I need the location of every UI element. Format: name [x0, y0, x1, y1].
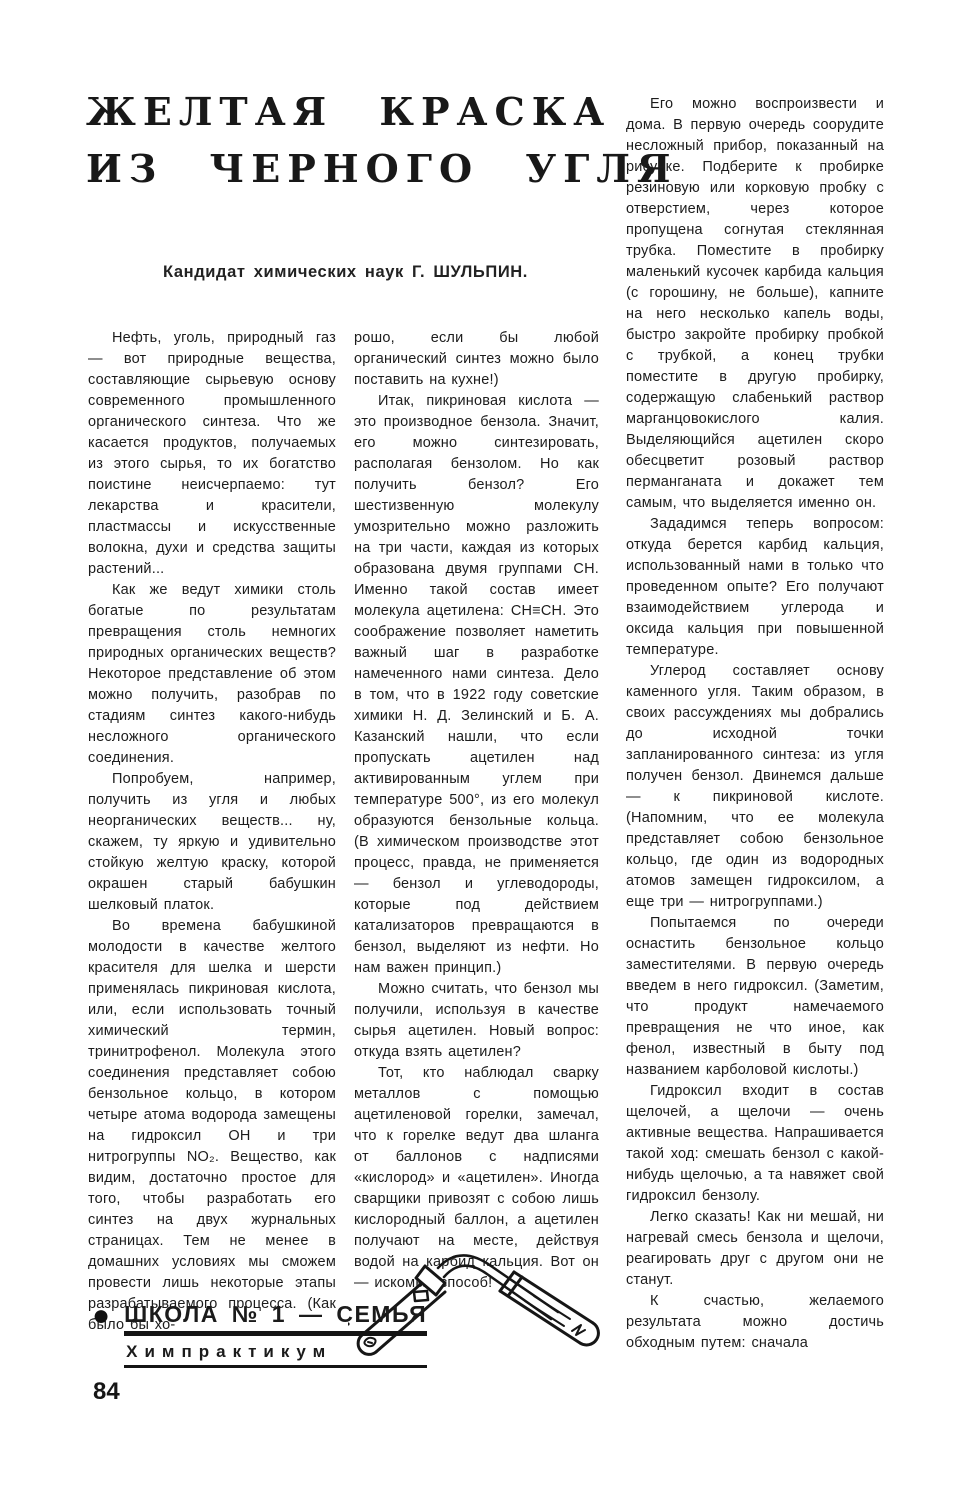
paragraph: Попытаемся по очереди оснастить бензольн… [626, 913, 884, 1081]
paragraph: Нефть, уголь, природный газ — вот природ… [88, 328, 336, 580]
paragraph: Как же ведут химики столь богатые по рез… [88, 580, 336, 769]
paragraph: Попробуем, например, получить из угля и … [88, 769, 336, 916]
article-title: ЖЕЛТАЯ КРАСКА ИЗ ЧЕРНОГО УГЛЯ [86, 84, 606, 197]
paragraph: Его можно воспроизвести и дома. В первую… [626, 94, 884, 514]
rubric-section-title: ШКОЛА № 1 — СЕМЬЯ [124, 1302, 427, 1336]
paragraph: Гидроксил входит в состав щелочей, а щел… [626, 1081, 884, 1207]
text-column-3: Его можно воспроизвести и дома. В первую… [626, 94, 884, 1354]
rubric-subsection-title: Химпрактикум [124, 1336, 427, 1368]
paragraph: Легко сказать! Как ни мешай, ни нагревай… [626, 1207, 884, 1291]
section-rubric: ● ШКОЛА № 1 — СЕМЬЯ Химпрактикум [92, 1302, 427, 1368]
text-column-2: рошо, если бы любой органический синтез … [354, 328, 599, 1294]
paragraph: Зададимся теперь вопросом: откуда беретс… [626, 514, 884, 661]
paragraph: рошо, если бы любой органический синтез … [354, 328, 599, 391]
byline: Кандидат химических наук Г. ШУЛЬПИН. [88, 263, 603, 282]
paragraph: Во времена бабушкиной молодости в качест… [88, 916, 336, 1336]
paragraph: Углерод составляет основу каменного угля… [626, 661, 884, 913]
paragraph: Можно считать, что бензол мы получили, и… [354, 979, 599, 1063]
title-line-2: ИЗ ЧЕРНОГО УГЛЯ [86, 141, 606, 197]
page-number: 84 [93, 1378, 120, 1406]
title-line-1: ЖЕЛТАЯ КРАСКА [86, 84, 606, 140]
paragraph: К счастью, желаемого результата можно до… [626, 1291, 884, 1354]
magazine-page: ЖЕЛТАЯ КРАСКА ИЗ ЧЕРНОГО УГЛЯ Кандидат х… [0, 0, 960, 1500]
text-column-1: Нефть, уголь, природный газ — вот природ… [88, 328, 336, 1336]
rubric-lines: ШКОЛА № 1 — СЕМЬЯ Химпрактикум [124, 1302, 427, 1368]
paragraph: Итак, пикриновая кислота — это производн… [354, 391, 599, 979]
bullet-icon: ● [92, 1302, 110, 1330]
